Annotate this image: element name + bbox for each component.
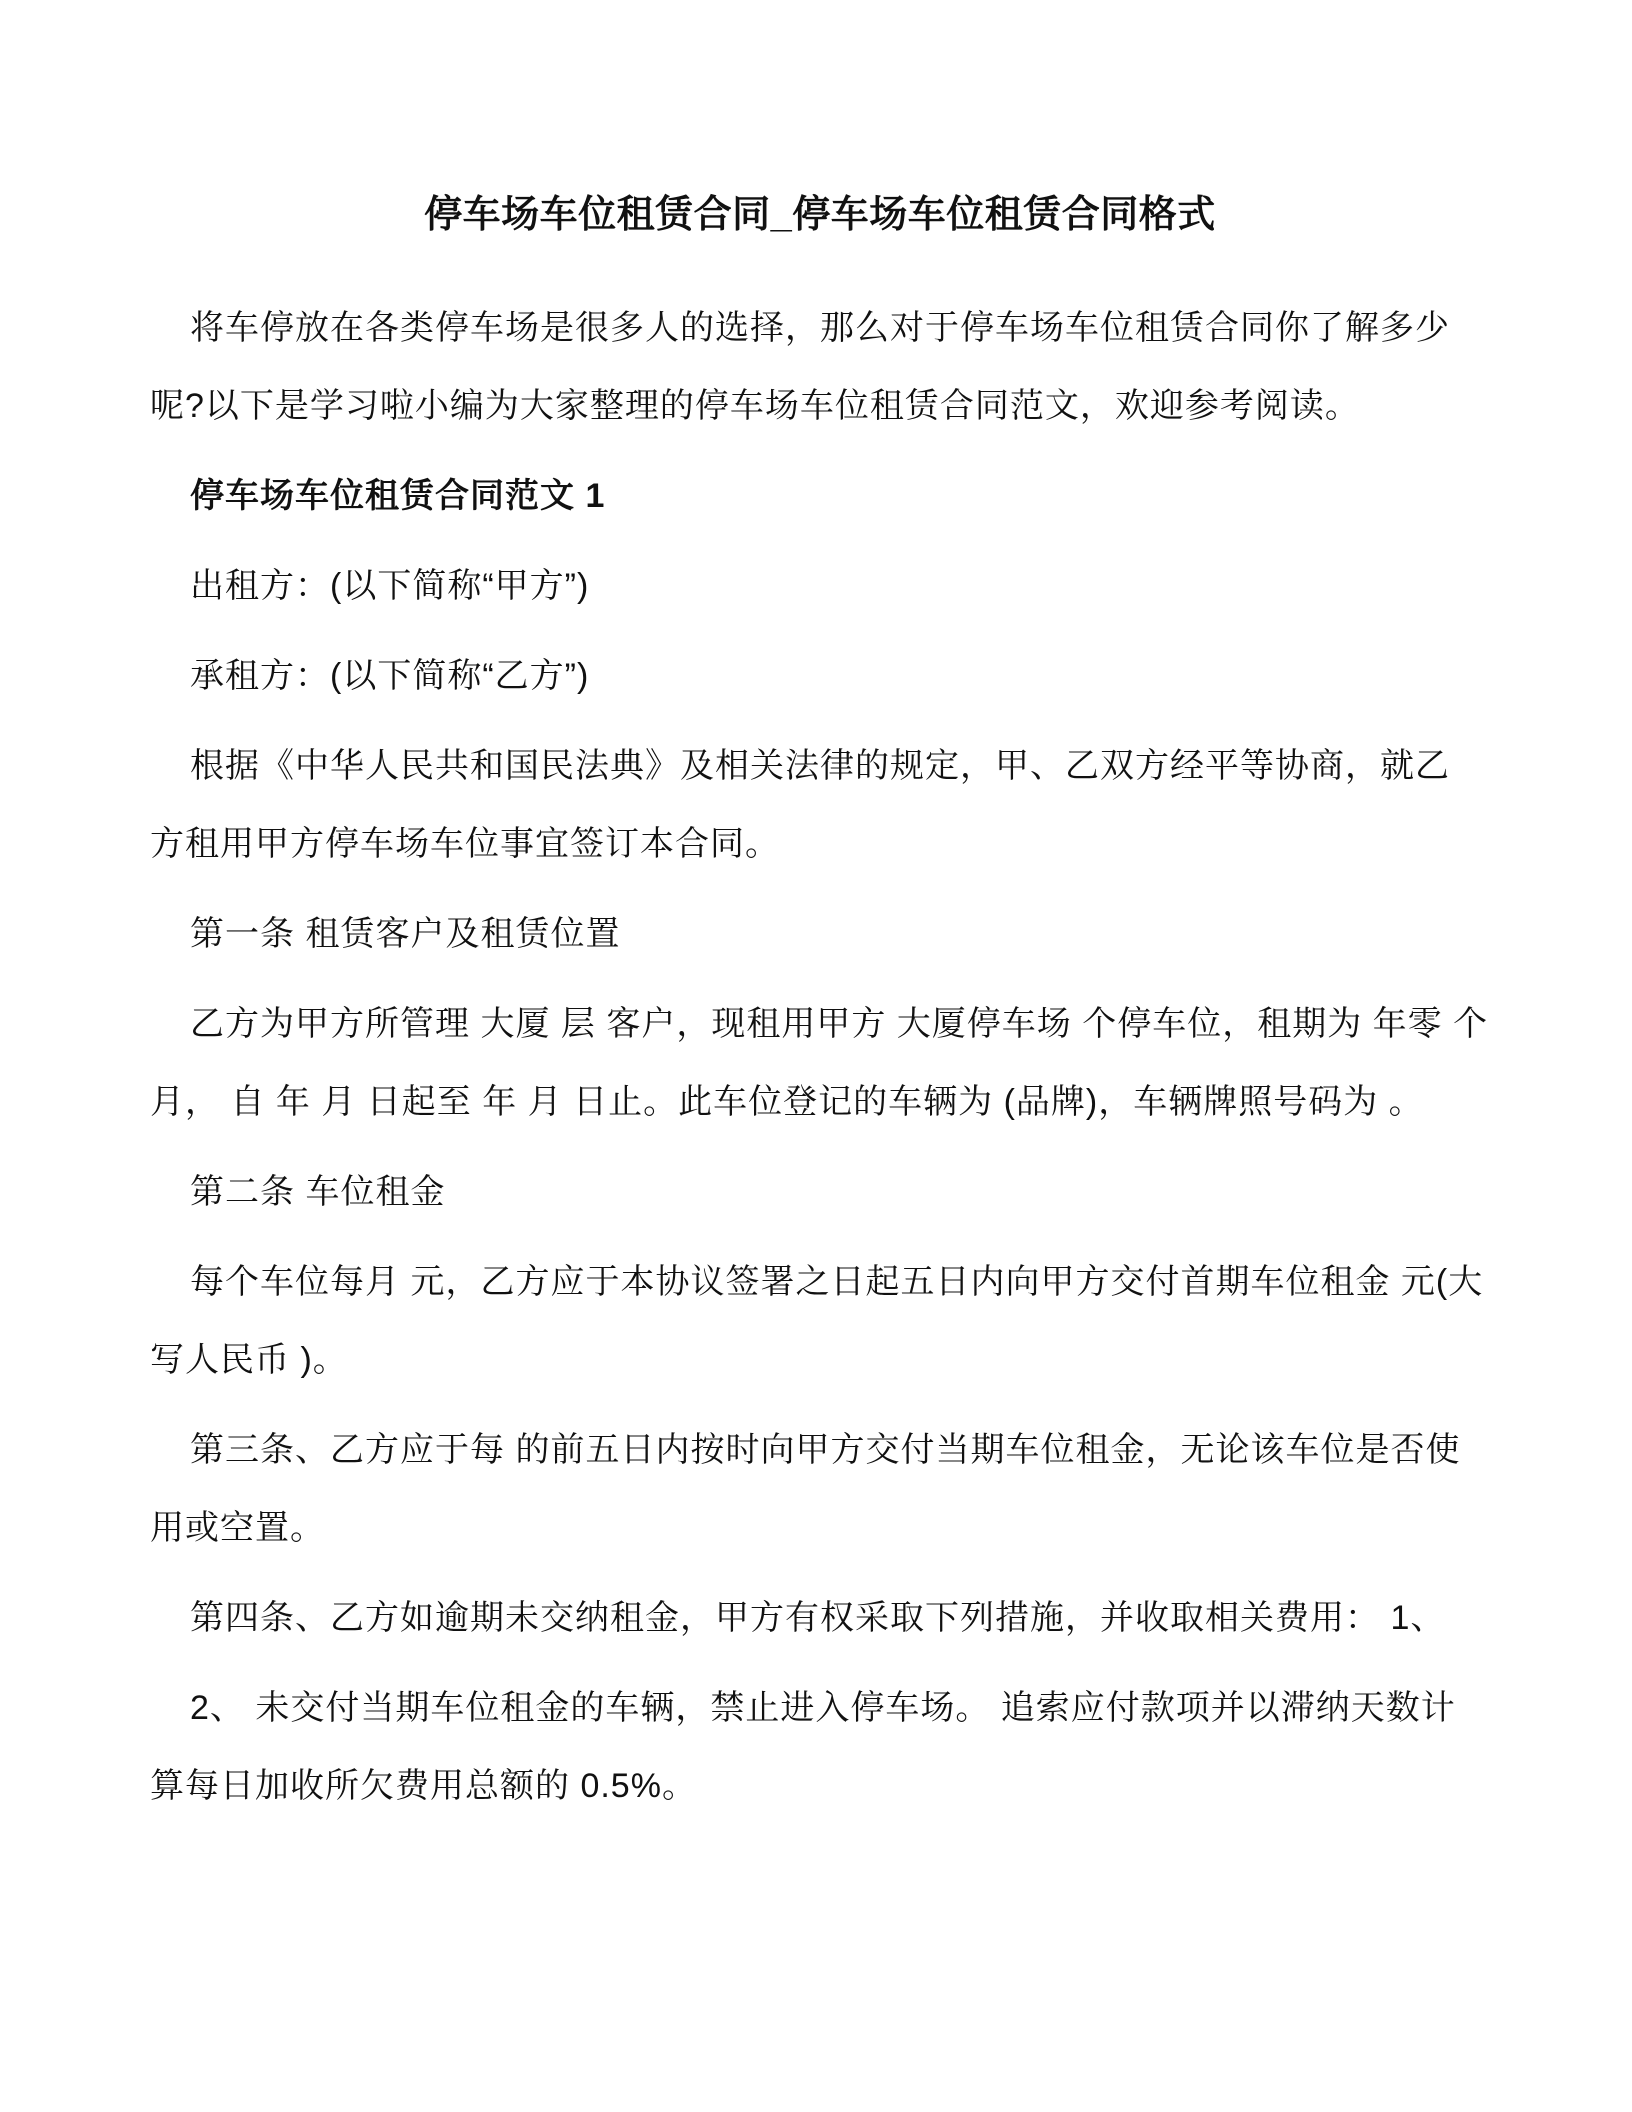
paragraph: 每个车位每月 元，乙方应于本协议签署之日起五日内向甲方交付首期车位租金 元(大写…: [150, 1243, 1490, 1399]
text-line: 乙方为甲方所管理 大厦 层 客户，现租用甲方 大厦停车场 个停车位，租期为 年零…: [150, 985, 1490, 1063]
text-line: 每个车位每月 元，乙方应于本协议签署之日起五日内向甲方交付首期车位租金 元(大: [150, 1243, 1490, 1321]
paragraph: 第二条 车位租金: [150, 1153, 1490, 1231]
text-line: 停车场车位租赁合同范文 1: [150, 457, 1490, 535]
text-line: 承租方：(以下简称“乙方”): [150, 637, 1490, 715]
text-line: 呢?以下是学习啦小编为大家整理的停车场车位租赁合同范文，欢迎参考阅读。: [150, 367, 1490, 445]
document-body: 将车停放在各类停车场是很多人的选择，那么对于停车场车位租赁合同你了解多少呢?以下…: [150, 289, 1490, 1825]
paragraph: 承租方：(以下简称“乙方”): [150, 637, 1490, 715]
document-title: 停车场车位租赁合同_停车场车位租赁合同格式: [150, 185, 1490, 245]
paragraph: 第一条 租赁客户及租赁位置: [150, 895, 1490, 973]
text-line: 算每日加收所欠费用总额的 0.5%。: [150, 1747, 1490, 1825]
text-line: 第一条 租赁客户及租赁位置: [150, 895, 1490, 973]
text-line: 第三条、乙方应于每 的前五日内按时向甲方交付当期车位租金，无论该车位是否使: [150, 1411, 1490, 1489]
paragraph: 2、 未交付当期车位租金的车辆，禁止进入停车场。 追索应付款项并以滞纳天数计算每…: [150, 1669, 1490, 1825]
document-page: 停车场车位租赁合同_停车场车位租赁合同格式 将车停放在各类停车场是很多人的选择，…: [0, 0, 1632, 2112]
text-line: 将车停放在各类停车场是很多人的选择，那么对于停车场车位租赁合同你了解多少: [150, 289, 1490, 367]
paragraph: 乙方为甲方所管理 大厦 层 客户，现租用甲方 大厦停车场 个停车位，租期为 年零…: [150, 985, 1490, 1141]
text-line: 写人民币 )。: [150, 1321, 1490, 1399]
text-line: 第二条 车位租金: [150, 1153, 1490, 1231]
text-line: 用或空置。: [150, 1489, 1490, 1567]
text-line: 2、 未交付当期车位租金的车辆，禁止进入停车场。 追索应付款项并以滞纳天数计: [150, 1669, 1490, 1747]
paragraph: 根据《中华人民共和国民法典》及相关法律的规定，甲、乙双方经平等协商，就乙方租用甲…: [150, 727, 1490, 883]
paragraph: 第三条、乙方应于每 的前五日内按时向甲方交付当期车位租金，无论该车位是否使用或空…: [150, 1411, 1490, 1567]
paragraph: 将车停放在各类停车场是很多人的选择，那么对于停车场车位租赁合同你了解多少呢?以下…: [150, 289, 1490, 445]
text-line: 月， 自 年 月 日起至 年 月 日止。此车位登记的车辆为 (品牌)，车辆牌照号…: [150, 1063, 1490, 1141]
paragraph: 出租方：(以下简称“甲方”): [150, 547, 1490, 625]
text-line: 根据《中华人民共和国民法典》及相关法律的规定，甲、乙双方经平等协商，就乙: [150, 727, 1490, 805]
text-line: 出租方：(以下简称“甲方”): [150, 547, 1490, 625]
paragraph: 第四条、乙方如逾期未交纳租金，甲方有权采取下列措施，并收取相关费用： 1、: [150, 1579, 1490, 1657]
text-line: 方租用甲方停车场车位事宜签订本合同。: [150, 805, 1490, 883]
text-line: 第四条、乙方如逾期未交纳租金，甲方有权采取下列措施，并收取相关费用： 1、: [150, 1579, 1490, 1657]
section-heading: 停车场车位租赁合同范文 1: [150, 457, 1490, 535]
